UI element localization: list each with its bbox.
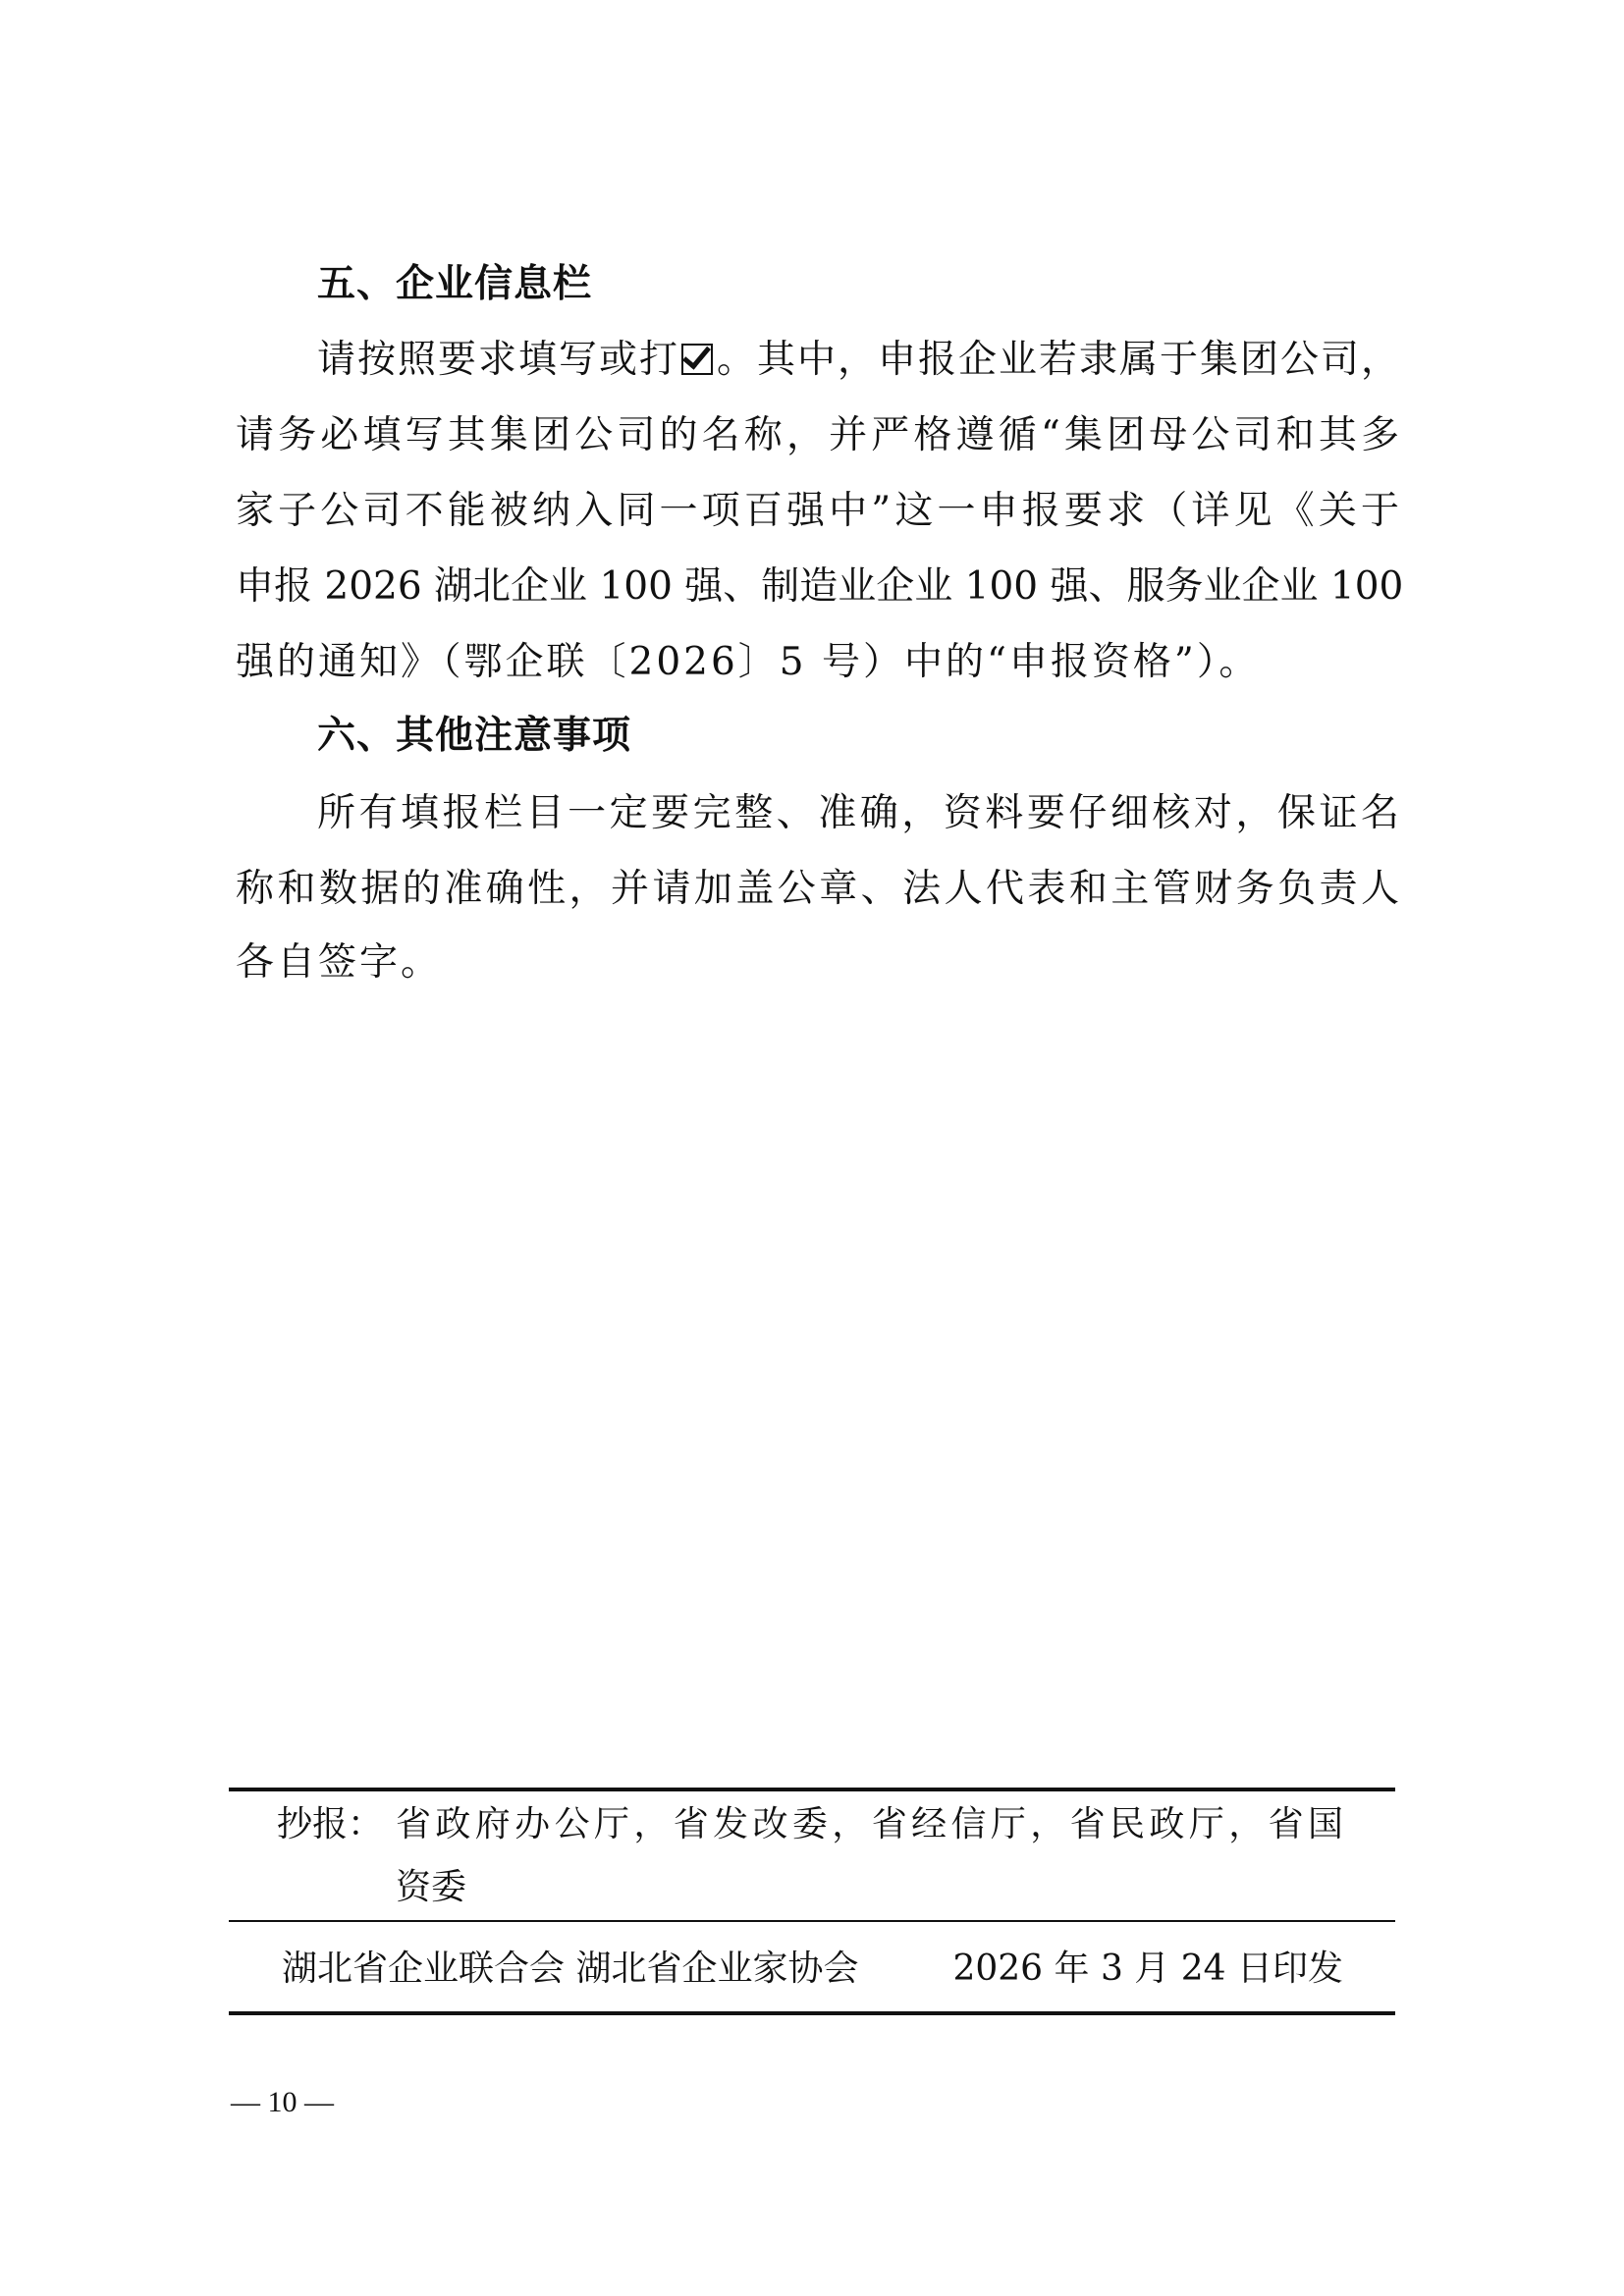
paragraph-line: 强的通知》（鄂企联〔2026〕5 号）中的“申报资格”）。 xyxy=(236,635,1399,690)
cc-recipients-line: 省政府办公厅，省发改委，省经信厅，省民政厅，省国 xyxy=(396,1800,1343,1849)
footer-top-rule xyxy=(229,1788,1395,1791)
paragraph-line: 称和数据的准确性，并请加盖公章、法人代表和主管财务负责人 xyxy=(236,862,1399,917)
cc-label: 抄报： xyxy=(277,1800,383,1849)
paragraph-line: 请务必填写其集团公司的名称，并严格遵循“集团母公司和其多 xyxy=(236,408,1399,463)
paragraph-text: 。其中，申报企业若隶属于集团公司， xyxy=(715,338,1399,382)
paragraph-line: 各自签字。 xyxy=(236,935,1399,990)
cc-recipients-line: 资委 xyxy=(396,1863,466,1912)
section-heading-other-notes: 六、其他注意事项 xyxy=(317,709,631,764)
checkbox-checked-icon xyxy=(681,344,713,375)
footer-middle-rule xyxy=(229,1920,1395,1922)
paragraph-line: 申报 2026 湖北企业 100 强、制造业企业 100 强、服务业企业 100 xyxy=(236,560,1399,614)
issue-date: 2026 年 3 月 24 日印发 xyxy=(952,1945,1343,1994)
paragraph-line: 请按照要求填写或打。其中，申报企业若隶属于集团公司， xyxy=(317,333,1399,388)
section-heading-enterprise-info: 五、企业信息栏 xyxy=(317,257,592,312)
page-number: — 10 — xyxy=(231,2083,334,2122)
paragraph-line: 家子公司不能被纳入同一项百强中”这一申报要求（详见《关于 xyxy=(236,484,1399,539)
paragraph-text: 请按照要求填写或打 xyxy=(317,338,679,382)
issuer-organizations: 湖北省企业联合会 湖北省企业家协会 xyxy=(282,1945,858,1994)
paragraph-line: 所有填报栏目一定要完整、准确，资料要仔细核对，保证名 xyxy=(317,786,1399,841)
footer-bottom-rule xyxy=(229,2011,1395,2015)
